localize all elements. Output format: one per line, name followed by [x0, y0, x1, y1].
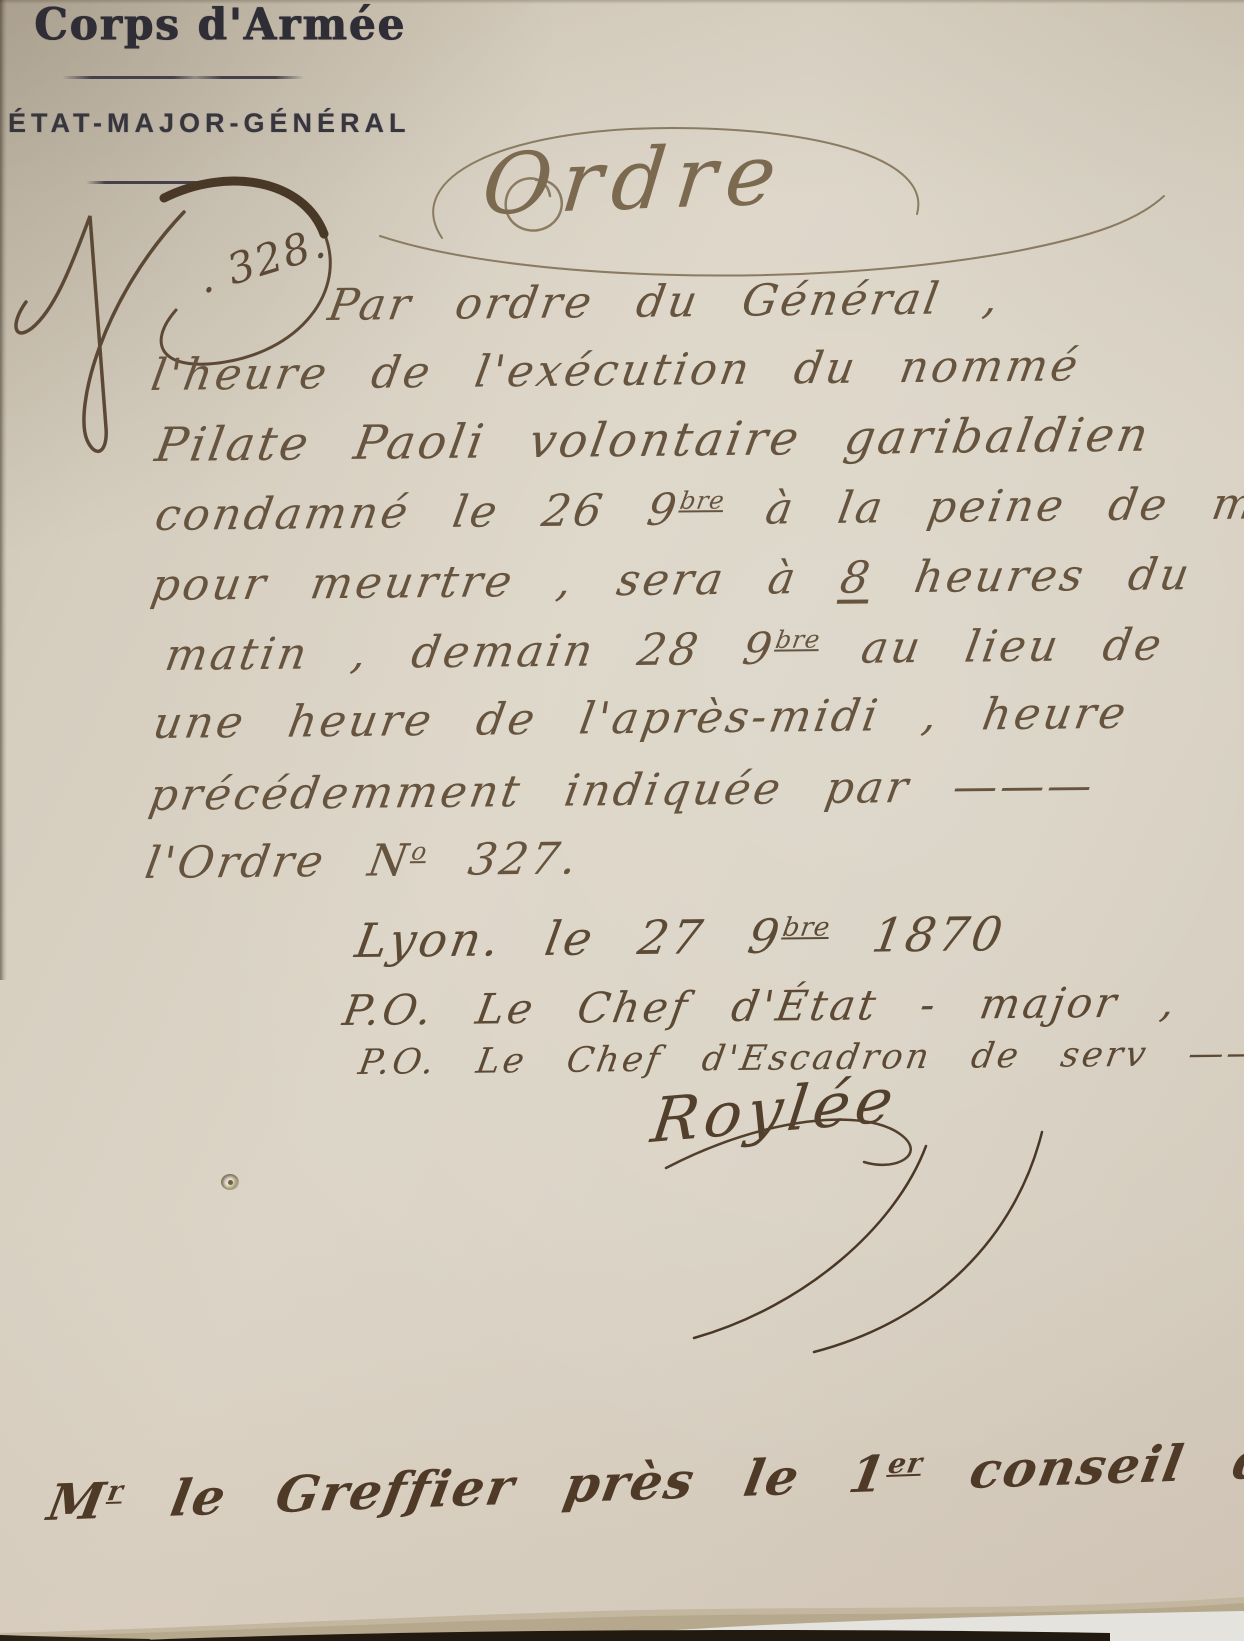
footer-greffier-line: Mr le Greffier près le 1er conseil de gu… [44, 1426, 1244, 1528]
letterhead-ornamental-rule-top [62, 76, 304, 79]
dateline-lyon: Lyon. le 27 9bre 1870 [352, 911, 1009, 965]
handwritten-line: pour meurtre , sera à 8 heures du [148, 553, 1195, 608]
paper-hole-blemish [221, 1174, 239, 1190]
handwritten-line: Par ordre du Général , [325, 277, 1004, 328]
handwritten-line: précédemment indiquée par ——— [146, 764, 1098, 818]
document-photo: Corps d'Armée ÉTAT-MAJOR-GÉNÉRAL . 328. … [0, 0, 1244, 1641]
document-title: Ordre [478, 125, 791, 234]
handwritten-line: une heure de l'après-midi , heure [150, 692, 1132, 746]
photo-left-edge-shadow [0, 0, 7, 980]
handwritten-line: condamné le 26 9bre à la peine de mort [152, 482, 1244, 538]
handwritten-line: matin , demain 28 9bre au lieu de [162, 624, 1167, 678]
handwritten-line: l'heure de l'exécution du nommé [148, 344, 1084, 398]
paper-bottom-edge [0, 1569, 1244, 1641]
handwritten-line: l'Ordre No 327. [142, 837, 583, 886]
po-chef-etat-major-line: P.O. Le Chef d'État - major , [340, 981, 1181, 1032]
photo-top-edge-shadow [0, 0, 1244, 4]
letterhead-corps-darmee: Corps d'Armée [34, 0, 406, 50]
letterhead-etat-major-general: ÉTAT-MAJOR-GÉNÉRAL [8, 108, 411, 139]
handwritten-line-condemned-name: Pilate Paoli volontaire garibaldien [152, 412, 1154, 469]
